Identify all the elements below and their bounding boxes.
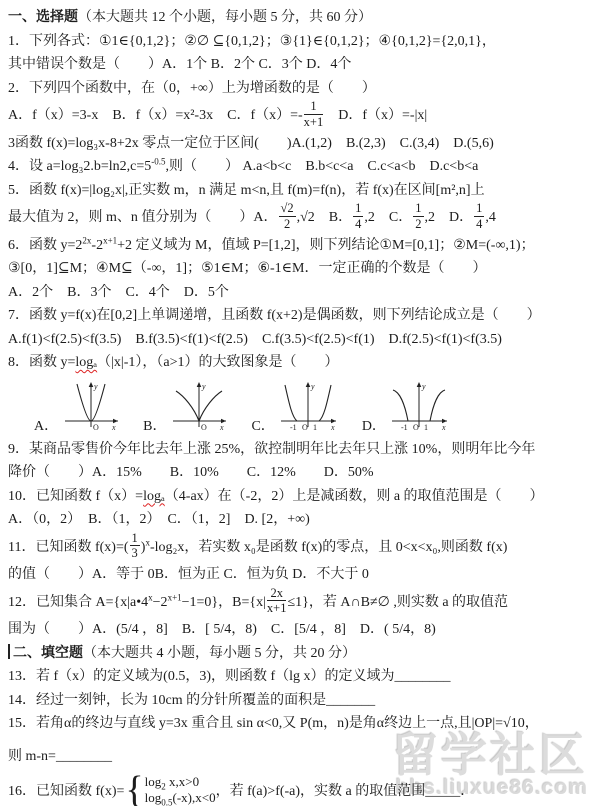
q8-graph-C: C． y -1 O 1 x — [251, 377, 341, 435]
q11-post: -log₂x，若实数 x₀是函数 f(x)的零点，且 0<x<x₀,则函数 f(… — [150, 540, 507, 555]
q7-line1: 7．函数 y=f(x)在[0,2]上单调递增，且函数 f(x+2)是偶函数，则下… — [8, 306, 584, 326]
q16-brace: { — [125, 773, 143, 806]
graph-C-ylabel: y — [310, 382, 315, 391]
graph-D-neg1: -1 — [401, 423, 408, 432]
graph-A-origin: O — [93, 423, 99, 432]
q16-blank: _____． — [425, 780, 474, 800]
q5-optA-fraction: √22 — [279, 202, 296, 230]
graph-A-xlabel: x — [111, 423, 116, 432]
q4-exponent: -0.5 — [151, 156, 165, 166]
q11-line1: 11．已知函数 f(x)=(13)x-log₂x，若实数 x₀是函数 f(x)的… — [8, 534, 584, 562]
graph-D-pos1: 1 — [424, 423, 428, 432]
graph-D-xlabel: x — [441, 423, 446, 432]
section2-header: 二、填空题（本大题共 4 小题，每小题 5 分，共 20 分） — [8, 644, 584, 664]
q8-optD-label: D． — [362, 419, 386, 435]
q7-options: A.f(1)<f(2.5)<f(3.5) B.f(3.5)<f(1)<f(2.5… — [8, 330, 584, 350]
q15-line2: 则 m-n=________ — [8, 747, 584, 767]
q12-mid2: −1=0}，B={x| — [182, 595, 266, 610]
graph-B-ylabel: y — [201, 382, 206, 391]
q16-case2: log0.5(-x),x<0 — [145, 790, 216, 806]
q2-optC-pre: C．f（x）=- — [227, 108, 303, 123]
q5-optB-fraction: 14 — [353, 202, 363, 230]
q16-post: ，若 f(a)>f(-a)，实数 a 的取值范围 — [216, 780, 426, 800]
q6-options: A．2个 B．3个 C．4个 D．5个 — [8, 283, 584, 303]
graph-D-concave-branches: y -1 O 1 x — [389, 377, 453, 435]
left-bar — [8, 644, 10, 659]
q2-options: A．f（x）=3-x B．f（x）=x²-3x C．f（x）=-1x+1 D．f… — [8, 102, 584, 130]
q1-line2: 其中错误个数是（ ）A．1个 B．2个 C．3个 D．4个 — [8, 55, 584, 75]
q8-graph-A: A． y O x — [34, 377, 123, 435]
q8-loga: logₐ — [75, 355, 97, 370]
q8-optA-label: A． — [34, 419, 58, 435]
q2-prompt: 2．下列四个函数中，在（0，+∞）上为增函数的是（ ） — [8, 79, 584, 99]
q12-exp2: x+1 — [168, 592, 182, 602]
graph-D-origin: O — [413, 423, 419, 432]
q5-options: 最大值为 2，则 m、n 值分别为（ ）A．√22,√2 B．14,2 C．12… — [8, 204, 584, 232]
q4-pre: 4．设 a=log₃2.b=ln2,c=5 — [8, 159, 151, 174]
q12-mid1: −2 — [153, 595, 168, 610]
q5-optD-fraction: 14 — [474, 202, 484, 230]
q5-optC-fraction: 12 — [413, 202, 423, 230]
q10-post: （4-ax）在（-2，2）上是减函数，则 a 的取值范围是（ ） — [165, 489, 544, 504]
q8-graphs: A． y O x B． y O — [34, 377, 584, 435]
q13-line: 13．若 f（x）的定义域为(0.5，3)，则函数 f（lg x）的定义域为__… — [8, 667, 584, 687]
q12-fraction: 2xx+1 — [267, 587, 287, 615]
q16-case2-sub: 0.5 — [161, 798, 172, 806]
q5-optB-post: ,2 C． — [364, 210, 412, 225]
section1-title: 一、选择题 — [8, 10, 78, 25]
q12-line1: 12．已知集合 A={x|a•4x−2x+1−1=0}，B={x|2xx+1≤1… — [8, 589, 584, 617]
q5-optC-post: ,2 D． — [425, 210, 474, 225]
q6-mid2: +2 定义域为 M，值域 P=[1,2]，则下列结论①M=[0,1]；②M=(-… — [117, 238, 534, 253]
section2-title: 二、填空题 — [13, 646, 83, 661]
exam-page: 留学社区 bbs.liuxue86.com 一、选择题（本大题共 12 个小题，… — [0, 0, 590, 806]
q16-cases: log2 x,x>0 log0.5(-x),x<0 — [145, 774, 216, 806]
q9-line1: 9．某商品零售价今年比去年上涨 25%，欲控制明年比去年只上涨 10%，则明年比… — [8, 440, 584, 460]
graph-C-neg1: -1 — [290, 423, 297, 432]
q11-pre: 11．已知函数 f(x)=( — [8, 540, 129, 555]
graph-C-pos1: 1 — [313, 423, 317, 432]
q3-line: 3函数 f(x)=log₃x-8+2x 零点一定位于区间( )A.(1,2) B… — [8, 134, 584, 154]
q16-pre: 16．已知函数 f(x)= — [8, 780, 124, 800]
q8-pre: 8．函数 y= — [8, 355, 75, 370]
graph-C-origin: O — [302, 423, 308, 432]
q8-graph-D: D． y -1 O 1 x — [362, 377, 453, 435]
q5-line1: 5．函数 f(x)=|log₂x|,正实数 m，n 满足 m<n,且 f(m)=… — [8, 181, 584, 201]
q8-prompt: 8．函数 y=logₐ（|x|-1），（a>1）的大致图象是（ ） — [8, 353, 584, 373]
q4-post: ,则（ ） A.a<b<c B.b<c<a C.c<a<b D.c<b<a — [166, 159, 479, 174]
q10-loga: logₐ — [143, 489, 165, 504]
q8-optC-label: C． — [251, 419, 274, 435]
graph-D-ylabel: y — [421, 382, 426, 391]
q16-line: 16．已知函数 f(x)= { log2 x,x>0 log0.5(-x),x<… — [8, 773, 584, 806]
graph-A-ylabel: y — [93, 382, 98, 391]
q8-optB-label: B． — [143, 419, 166, 435]
q10-pre: 10．已知函数 f（x）= — [8, 489, 143, 504]
graph-C-convex-branches: y -1 O 1 x — [278, 377, 342, 435]
q5-optD-post: ,4 — [485, 210, 496, 225]
q2-optA: A．f（x）=3-x — [8, 108, 112, 123]
q11-options: 的值（ ）A．等于 0B．恒为正 C．恒为负 D．不大于 0 — [8, 565, 584, 585]
q14-line: 14．经过一刻钟，长为 10cm 的分针所覆盖的面积是_______ — [8, 691, 584, 711]
q15-line1: 15．若角α的终边与直线 y=3x 重合且 sin α<0,又 P(m，n)是角… — [8, 714, 584, 734]
graph-C-xlabel: x — [330, 423, 335, 432]
graph-B-origin: O — [201, 423, 207, 432]
q1-line1: 1．下列各式：①1∈{0,1,2}；②∅ ⊆{0,1,2}；③{1}∈{0,1,… — [8, 32, 584, 52]
q12-post: ≤1}，若 A∩B≠∅ ,则实数 a 的取值范 — [287, 595, 508, 610]
section2-meta: （本大题共 4 小题，每小题 5 分，共 20 分） — [83, 646, 356, 661]
q6-pre: 6．函数 y=2 — [8, 238, 82, 253]
q4-line: 4．设 a=log₃2.b=ln2,c=5-0.5,则（ ） A.a<b<c B… — [8, 157, 584, 177]
q6-line2: ③[0，1]⊆M；④M⊆（-∞，1]；⑤1∈M；⑥-1∈M．一定正确的个数是（ … — [8, 259, 584, 279]
q6-mid1: -2 — [91, 238, 103, 253]
section1-header: 一、选择题（本大题共 12 个小题，每小题 5 分，共 60 分） — [8, 8, 584, 28]
q11-fraction: 13 — [130, 532, 140, 560]
q2-optD: D．f（x）=-|x| — [324, 108, 427, 123]
q10-options: A．（0，2） B．（1，2） C．（1，2] D. [2，+∞) — [8, 510, 584, 530]
graph-A-parabola: y O x — [61, 377, 123, 435]
q12-pre: 12．已知集合 A={x|a•4 — [8, 595, 148, 610]
q10-line1: 10．已知函数 f（x）=logₐ（4-ax）在（-2，2）上是减函数，则 a … — [8, 487, 584, 507]
section1-meta: （本大题共 12 个小题，每小题 5 分，共 60 分） — [78, 10, 372, 25]
q6-line1: 6．函数 y=22x-2x+1+2 定义域为 M，值域 P=[1,2]，则下列结… — [8, 236, 584, 256]
q5-optA-post: ,√2 B． — [297, 210, 353, 225]
q12-options: 围为（ ）A．(5/4 ，8] B．[ 5/4，8) C．[5/4 ，8] D．… — [8, 620, 584, 640]
q9-options: 降价（ ）A．15% B．10% C．12% D．50% — [8, 463, 584, 483]
graph-B-sqrt-branches: y O x — [169, 377, 231, 435]
q6-exp2: x+1 — [103, 235, 117, 245]
graph-B-xlabel: x — [219, 423, 224, 432]
q8-post: （|x|-1），（a>1）的大致图象是（ ） — [97, 355, 338, 370]
exam-content: 一、选择题（本大题共 12 个小题，每小题 5 分，共 60 分） 1．下列各式… — [8, 8, 584, 806]
q8-graph-B: B． y O x — [143, 377, 231, 435]
q16-case1: log2 x,x>0 — [145, 774, 216, 790]
q2-optB: B．f（x）=x²-3x — [112, 108, 227, 123]
q5-pre: 最大值为 2，则 m、n 值分别为（ ）A． — [8, 210, 278, 225]
q2-optC-fraction: 1x+1 — [304, 100, 324, 128]
